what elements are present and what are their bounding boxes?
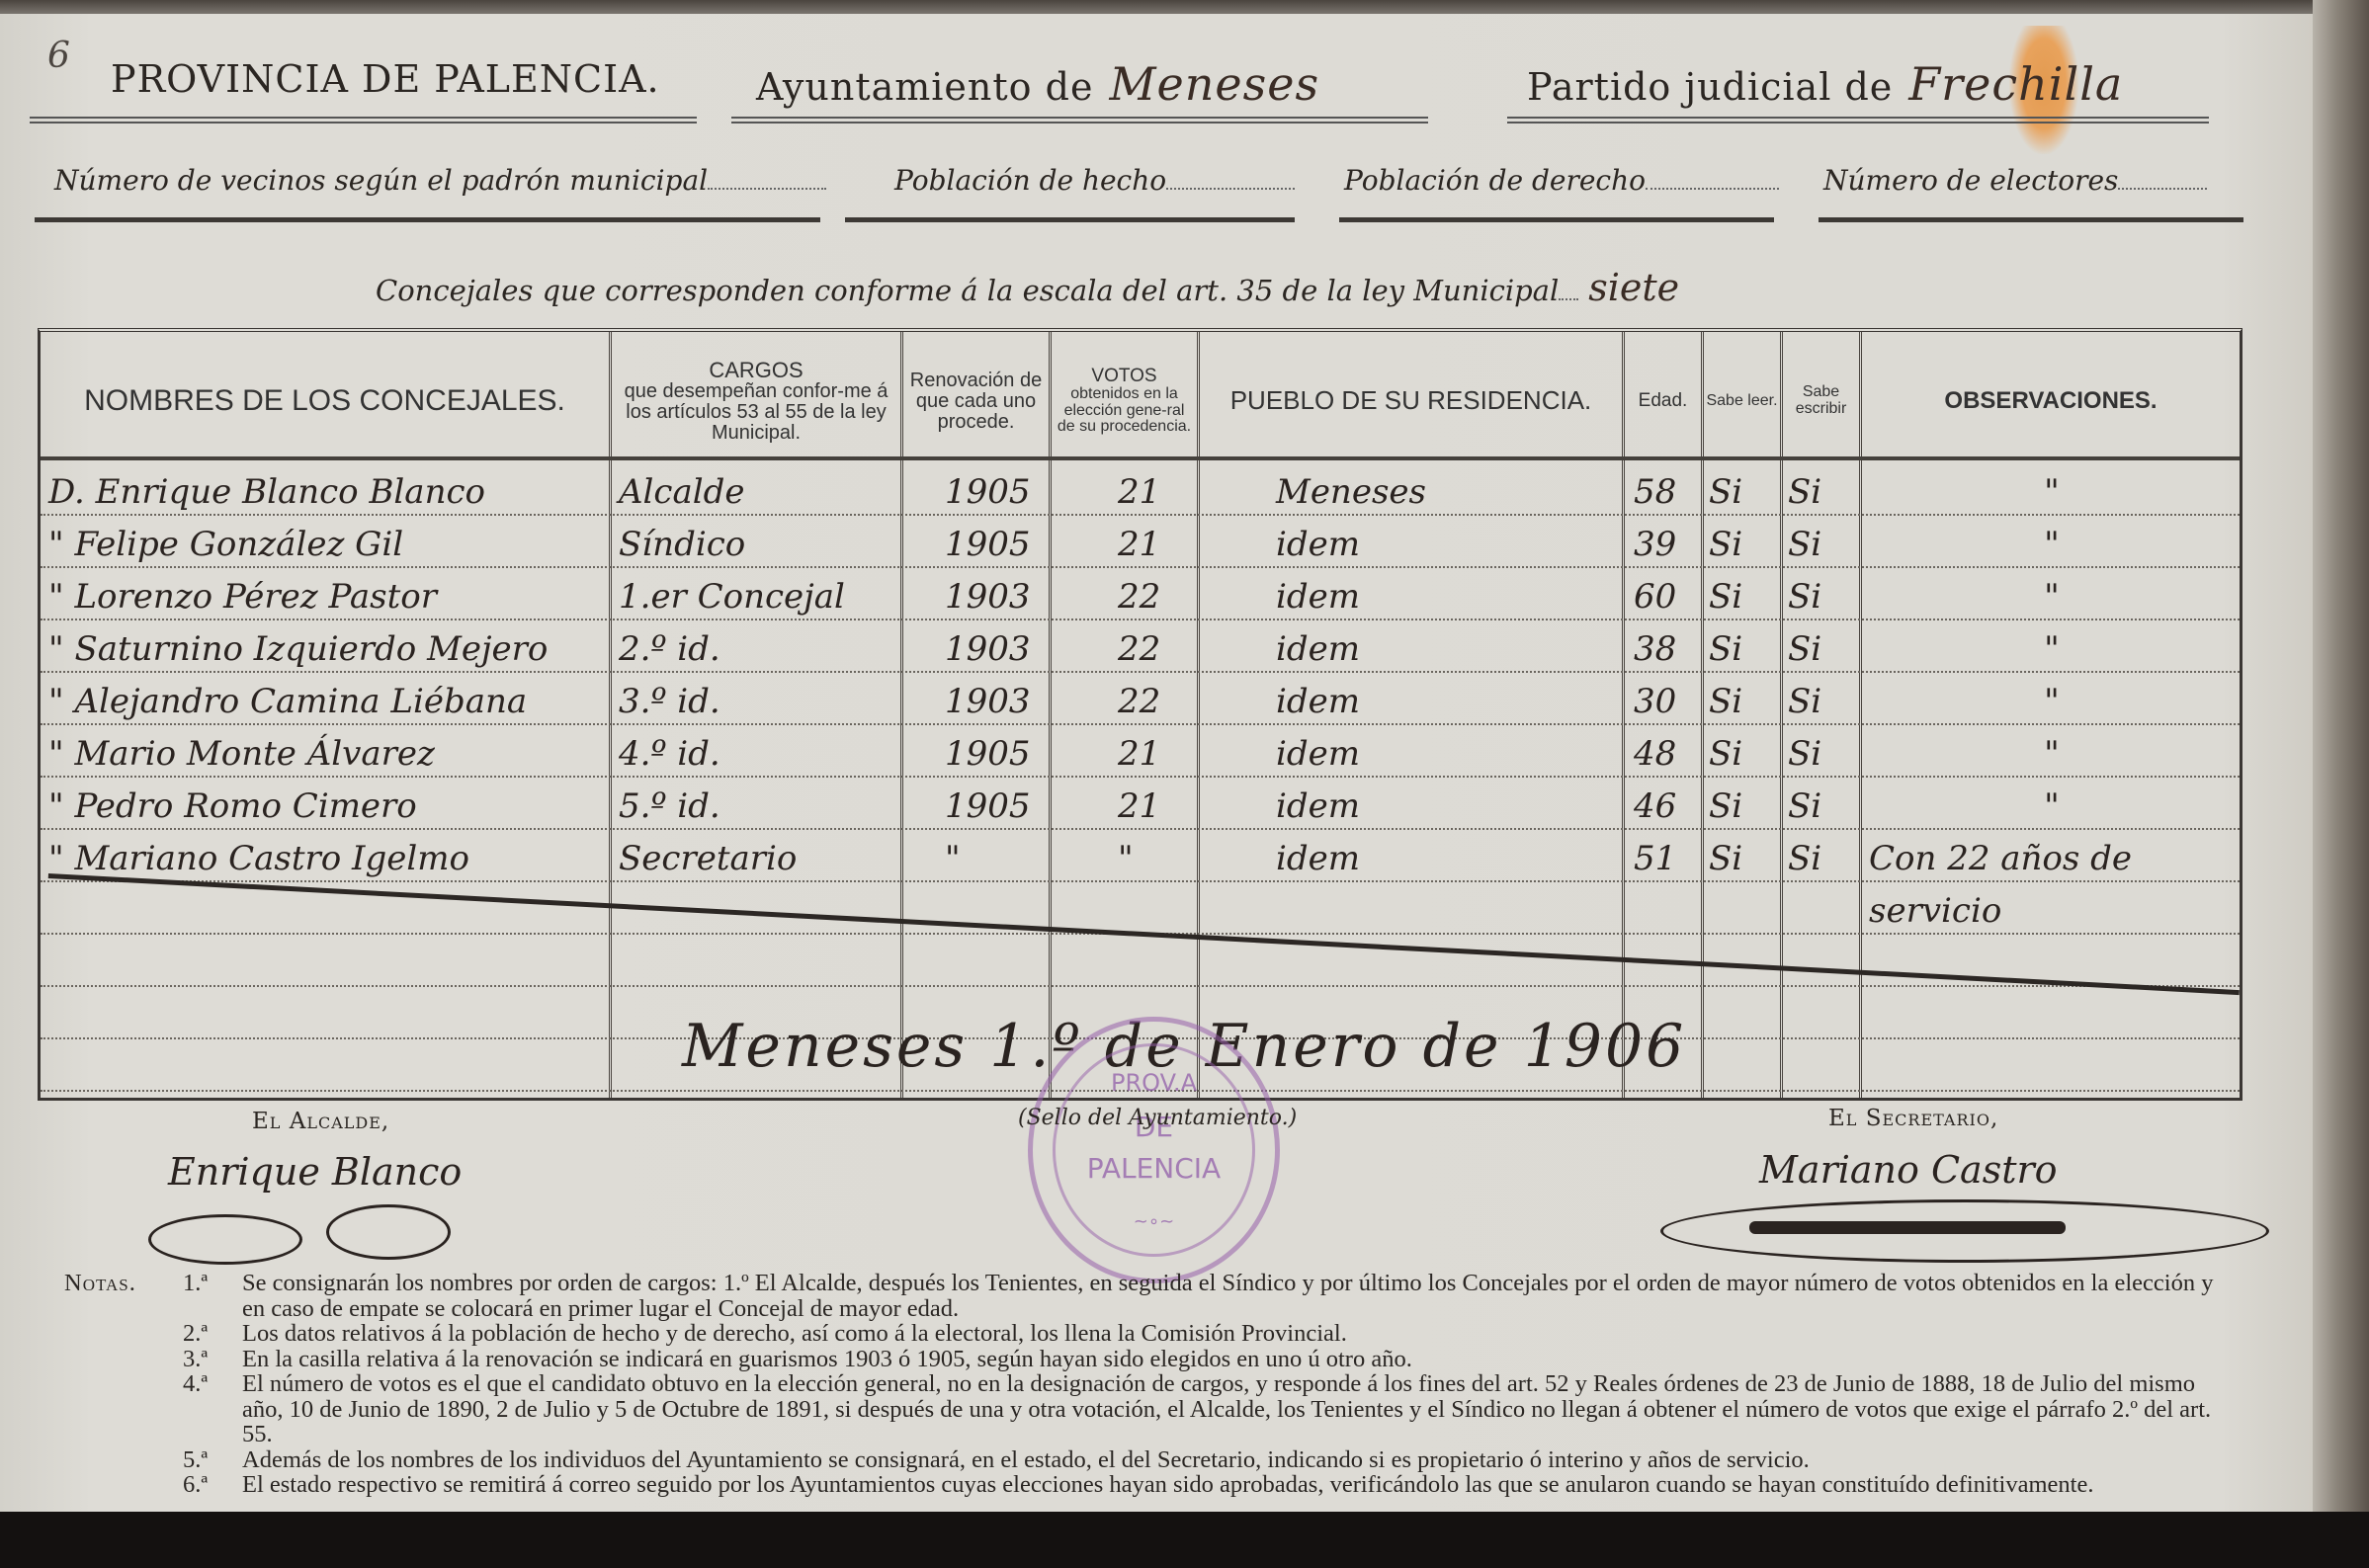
document-page: 6 PROVINCIA DE PALENCIA. Ayuntamiento de… xyxy=(0,14,2313,1516)
note-item: 5.ªAdemás de los nombres de los individu… xyxy=(64,1447,2239,1473)
divider xyxy=(731,117,1428,124)
cell-edad: 46 xyxy=(1634,786,1693,826)
cell-escribir: Si xyxy=(1788,472,1847,512)
cell-pueblo: idem xyxy=(1276,734,1612,774)
cell-leer: Si xyxy=(1709,577,1768,617)
cell-cargo: Secretario xyxy=(619,839,895,878)
dots xyxy=(1559,298,1578,300)
notes-list: 1.ªSe consignarán los nombres por orden … xyxy=(64,1271,2239,1498)
ayuntamiento-label: Ayuntamiento de xyxy=(756,65,1093,109)
cell-votos: 21 xyxy=(1118,734,1187,774)
partido-label: Partido judicial de xyxy=(1527,65,1893,109)
table-row xyxy=(41,934,2240,987)
underline xyxy=(845,217,1295,222)
cell-votos: 21 xyxy=(1118,472,1187,512)
cell-nombre: " Saturnino Izquierdo Mejero xyxy=(48,629,602,669)
note-text: El estado respectivo se remitirá á corre… xyxy=(242,1471,2093,1498)
cell-obs: " xyxy=(1869,682,2235,721)
cell-edad: 48 xyxy=(1634,734,1693,774)
partido-value: Frechilla xyxy=(1908,57,2123,111)
stamp-line1: PROV.A xyxy=(1033,1069,1275,1097)
cell-obs: " xyxy=(1869,577,2235,617)
note-number: 3.ª xyxy=(183,1347,208,1372)
header-pueblo: PUEBLO DE SU RESIDENCIA. xyxy=(1200,342,1622,460)
cell-votos: 22 xyxy=(1118,629,1187,669)
alcalde-signature: Enrique Blanco xyxy=(168,1150,462,1194)
signature-flourish xyxy=(148,1214,302,1265)
note-item: 3.ªEn la casilla relativa á la renovació… xyxy=(64,1347,2239,1372)
stamp-ornament: ~∘~ xyxy=(1033,1211,1275,1232)
cell-escribir: Si xyxy=(1788,734,1847,774)
note-number: 1.ª xyxy=(183,1271,208,1296)
secretario-label: El Secretario, xyxy=(1828,1106,1998,1131)
secretario-signature: Mariano Castro xyxy=(1759,1148,2058,1192)
table-row: " Pedro Romo Cimero5.º id.190521idem46Si… xyxy=(41,777,2240,830)
cell-votos: 21 xyxy=(1118,525,1187,564)
poblacion-hecho-field: Población de hecho xyxy=(894,164,1295,197)
note-number: 2.ª xyxy=(183,1321,208,1347)
cell-cargo: 3.º id. xyxy=(619,682,895,721)
partido-field: Partido judicial deFrechilla xyxy=(1527,57,2123,111)
header-cargos-sub: que desempeñan confor-me á los artículos… xyxy=(612,381,900,444)
cell-cargo: 2.º id. xyxy=(619,629,895,669)
poblacion-derecho-value xyxy=(1646,188,1779,190)
cell-nombre: " Alejandro Camina Liébana xyxy=(48,682,602,721)
header-renovacion: Renovación de que cada uno procede. xyxy=(903,342,1049,460)
header-leer: Sabe leer. xyxy=(1704,342,1780,460)
cell-votos: 22 xyxy=(1118,577,1187,617)
note-text: En la casilla relativa á la renovación s… xyxy=(242,1346,1412,1372)
cell-edad: 38 xyxy=(1634,629,1693,669)
table-row: " Lorenzo Pérez Pastor1.er Concejal19032… xyxy=(41,567,2240,620)
cell-votos: " xyxy=(1118,839,1187,878)
header-votos-title: VOTOS xyxy=(1091,367,1156,386)
table-row: " Mario Monte Álvarez4.º id.190521idem48… xyxy=(41,724,2240,778)
cell-nombre: D. Enrique Blanco Blanco xyxy=(48,472,602,512)
ayuntamiento-value: Meneses xyxy=(1109,57,1319,111)
alcalde-label: El Alcalde, xyxy=(252,1109,389,1134)
note-number: 4.ª xyxy=(183,1371,208,1397)
cell-renovacion: 1905 xyxy=(945,786,1054,826)
note-number: 5.ª xyxy=(183,1447,208,1473)
cell-cargo: 4.º id. xyxy=(619,734,895,774)
cell-renovacion: 1903 xyxy=(945,577,1054,617)
note-item: 1.ªSe consignarán los nombres por orden … xyxy=(64,1271,2239,1321)
table-row: " Alejandro Camina Liébana3.º id.190322i… xyxy=(41,672,2240,725)
underline xyxy=(1819,217,2243,222)
cell-escribir: Si xyxy=(1788,786,1847,826)
stamp-line3: PALENCIA xyxy=(1033,1152,1275,1185)
electores-field: Número de electores xyxy=(1823,164,2207,197)
sello-label: (Sello del Ayuntamiento.) xyxy=(1018,1106,1297,1130)
cell-pueblo: idem xyxy=(1276,577,1612,617)
cell-votos: 22 xyxy=(1118,682,1187,721)
cell-edad: 39 xyxy=(1634,525,1693,564)
signature-underline xyxy=(1749,1221,2066,1234)
cell-leer: Si xyxy=(1709,682,1768,721)
cell-renovacion: 1903 xyxy=(945,629,1054,669)
cell-renovacion: 1903 xyxy=(945,682,1054,721)
cell-nombre: " Mariano Castro Igelmo xyxy=(48,839,602,878)
cell-pueblo: idem xyxy=(1276,682,1612,721)
header-escribir: Sabe escribir xyxy=(1783,342,1859,460)
cell-cargo: Síndico xyxy=(619,525,895,564)
table-row: " Mariano Castro IgelmoSecretario""idem5… xyxy=(41,829,2240,882)
cell-obs: servicio xyxy=(1869,891,2235,931)
header-cargos-title: CARGOS xyxy=(709,359,803,381)
cell-renovacion: 1905 xyxy=(945,472,1054,512)
cell-leer: Si xyxy=(1709,525,1768,564)
note-item: 2.ªLos datos relativos á la población de… xyxy=(64,1321,2239,1347)
cell-leer: Si xyxy=(1709,839,1768,878)
cell-leer: Si xyxy=(1709,472,1768,512)
note-item: 4.ªEl número de votos es el que el candi… xyxy=(64,1371,2239,1447)
cell-pueblo: Meneses xyxy=(1276,472,1612,512)
cell-leer: Si xyxy=(1709,629,1768,669)
cell-pueblo: idem xyxy=(1276,786,1612,826)
concejales-value: siete xyxy=(1588,266,1679,309)
cell-renovacion: " xyxy=(945,839,1054,878)
header-cargos: CARGOS que desempeñan confor-me á los ar… xyxy=(612,342,900,460)
municipal-stamp: PROV.A DE PALENCIA ~∘~ xyxy=(1028,1017,1280,1283)
electores-value xyxy=(2118,188,2207,190)
cell-obs: " xyxy=(1869,629,2235,669)
cell-obs: " xyxy=(1869,786,2235,826)
cell-edad: 58 xyxy=(1634,472,1693,512)
underline xyxy=(35,217,820,222)
cell-obs: " xyxy=(1869,472,2235,512)
book-right-edge xyxy=(2313,0,2369,1568)
cell-nombre: " Lorenzo Pérez Pastor xyxy=(48,577,602,617)
note-text: El número de votos es el que el candidat… xyxy=(242,1370,2211,1447)
cell-pueblo: idem xyxy=(1276,525,1612,564)
poblacion-derecho-field: Población de derecho xyxy=(1344,164,1779,197)
page-number: 6 xyxy=(47,36,70,76)
poblacion-derecho-label: Población de derecho xyxy=(1344,164,1646,197)
cell-edad: 60 xyxy=(1634,577,1693,617)
cell-leer: Si xyxy=(1709,786,1768,826)
concejales-table: NOMBRES DE LOS CONCEJALES. CARGOS que de… xyxy=(38,328,2242,1101)
note-item: 6.ªEl estado respectivo se remitirá á co… xyxy=(64,1472,2239,1498)
header-votos: VOTOS obtenidos en la elección gene-ral … xyxy=(1052,342,1197,460)
cell-obs: " xyxy=(1869,734,2235,774)
header-rule xyxy=(41,456,2240,460)
note-text: Se consignarán los nombres por orden de … xyxy=(242,1270,2213,1322)
cell-nombre: " Mario Monte Álvarez xyxy=(48,734,602,774)
cell-escribir: Si xyxy=(1788,525,1847,564)
cell-votos: 21 xyxy=(1118,786,1187,826)
header-edad: Edad. xyxy=(1625,342,1701,460)
cell-cargo: Alcalde xyxy=(619,472,895,512)
poblacion-hecho-value xyxy=(1166,188,1295,190)
header-nombres: NOMBRES DE LOS CONCEJALES. xyxy=(41,342,609,460)
cell-edad: 30 xyxy=(1634,682,1693,721)
electores-label: Número de electores xyxy=(1823,164,2118,197)
poblacion-hecho-label: Población de hecho xyxy=(894,164,1166,197)
cell-escribir: Si xyxy=(1788,577,1847,617)
provincia-title: PROVINCIA DE PALENCIA. xyxy=(111,57,660,101)
cell-escribir: Si xyxy=(1788,629,1847,669)
cell-escribir: Si xyxy=(1788,682,1847,721)
cell-renovacion: 1905 xyxy=(945,525,1054,564)
cell-nombre: " Felipe González Gil xyxy=(48,525,602,564)
table-row: D. Enrique Blanco BlancoAlcalde190521Men… xyxy=(41,462,2240,516)
cell-pueblo: idem xyxy=(1276,839,1612,878)
book-bottom-shadow xyxy=(0,1512,2369,1568)
cell-nombre: " Pedro Romo Cimero xyxy=(48,786,602,826)
table-row: " Saturnino Izquierdo Mejero2.º id.19032… xyxy=(41,619,2240,673)
vecinos-field: Número de vecinos según el padrón munici… xyxy=(54,164,826,197)
cell-renovacion: 1905 xyxy=(945,734,1054,774)
signature-flourish xyxy=(326,1204,451,1260)
vecinos-label: Número de vecinos según el padrón munici… xyxy=(54,164,708,197)
concejales-label: Concejales que corresponden conforme á l… xyxy=(376,274,1559,307)
cell-pueblo: idem xyxy=(1276,629,1612,669)
cell-edad: 51 xyxy=(1634,839,1693,878)
cell-obs: Con 22 años de xyxy=(1869,839,2235,878)
vecinos-value xyxy=(708,188,826,190)
cell-cargo: 1.er Concejal xyxy=(619,577,895,617)
note-text: Los datos relativos á la población de he… xyxy=(242,1320,1347,1347)
table-row: " Felipe González GilSíndico190521idem39… xyxy=(41,515,2240,568)
concejales-line: Concejales que corresponden conforme á l… xyxy=(376,266,1679,309)
note-number: 6.ª xyxy=(183,1472,208,1498)
table-row: servicio xyxy=(41,881,2240,935)
cell-escribir: Si xyxy=(1788,839,1847,878)
underline xyxy=(1339,217,1774,222)
cell-obs: " xyxy=(1869,525,2235,564)
cell-leer: Si xyxy=(1709,734,1768,774)
note-text: Además de los nombres de los individuos … xyxy=(242,1446,1810,1473)
cell-cargo: 5.º id. xyxy=(619,786,895,826)
divider xyxy=(30,117,697,124)
header-votos-sub: obtenidos en la elección gene-ral de su … xyxy=(1052,386,1197,436)
divider xyxy=(1507,117,2209,124)
notes-section: Notas. 1.ªSe consignarán los nombres por… xyxy=(64,1271,2239,1498)
ayuntamiento-field: Ayuntamiento deMeneses xyxy=(756,57,1319,111)
header-observaciones: OBSERVACIONES. xyxy=(1862,342,2240,460)
